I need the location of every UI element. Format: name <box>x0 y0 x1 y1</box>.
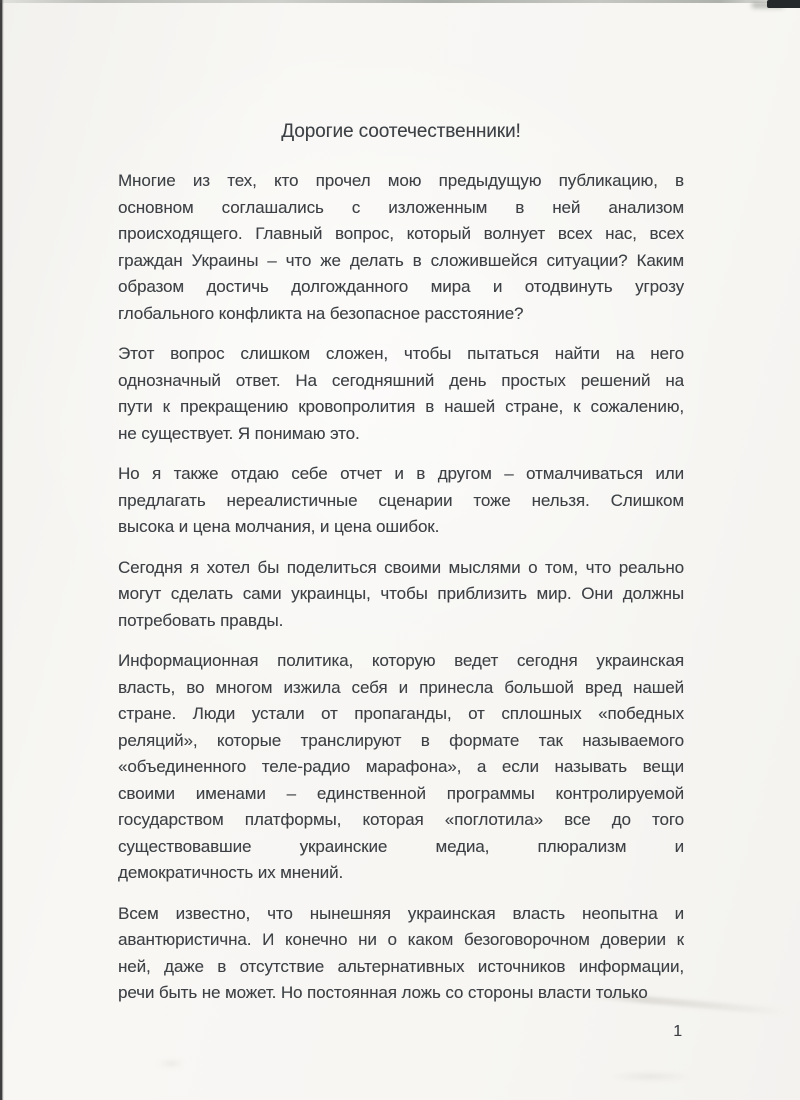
text-line: происходящего. Главный вопрос, который в… <box>118 221 684 248</box>
scan-smudge <box>158 1060 184 1067</box>
text-line: существовавшие украинские медиа, плюрали… <box>118 834 684 861</box>
text-line: своими именами – единственной программы … <box>118 781 684 808</box>
text-line: пути к прекращению кровопролития в нашей… <box>118 394 684 421</box>
text-line: потребовать правды. <box>118 608 684 635</box>
text-line: основном соглашались с изложенным в ней … <box>118 195 684 222</box>
text-line: «объединенного теле-радио марафона», а е… <box>118 754 684 781</box>
text-line: стране. Люди устали от пропаганды, от сп… <box>118 701 684 728</box>
paragraph: Информационная политика, которую ведет с… <box>118 648 684 887</box>
text-line: Сегодня я хотел бы поделиться своими мыс… <box>118 555 684 582</box>
text-line: власть, во многом изжила себя и принесла… <box>118 675 684 702</box>
text-line: речи быть не может. Но постоянная ложь с… <box>118 980 684 1007</box>
paragraph: Этот вопрос слишком сложен, чтобы пытать… <box>118 341 684 447</box>
text-line: государством платформы, которая «поглоти… <box>118 807 684 834</box>
text-line: ней, даже в отсутствие альтернативных ис… <box>118 954 684 981</box>
text-line: демократичность их мнений. <box>118 860 684 887</box>
paragraph: Многие из тех, кто прочел мою предыдущую… <box>118 168 684 327</box>
text-line: Но я также отдаю себе отчет и в другом –… <box>118 461 684 488</box>
text-line: могут сделать сами украинцы, чтобы прибл… <box>118 581 684 608</box>
paragraph: Всем известно, что нынешняя украинская в… <box>118 901 684 1007</box>
paragraph: Сегодня я хотел бы поделиться своими мыс… <box>118 555 684 635</box>
letter-body: Дорогие соотечественники! Многие из тех,… <box>118 118 684 1043</box>
text-line: Всем известно, что нынешняя украинская в… <box>118 901 684 928</box>
paragraph: Но я также отдаю себе отчет и в другом –… <box>118 461 684 541</box>
text-line: граждан Украины – что же делать в сложив… <box>118 248 684 275</box>
text-line: не существует. Я понимаю это. <box>118 421 684 448</box>
text-line: однозначный ответ. На сегодняшний день п… <box>118 368 684 395</box>
corner-scan-mark <box>767 0 800 8</box>
text-line: высока и цена молчания, и цена ошибок. <box>118 514 684 541</box>
text-line: Многие из тех, кто прочел мою предыдущую… <box>118 168 684 195</box>
top-edge-shadow <box>0 0 800 3</box>
page-title: Дорогие соотечественники! <box>118 118 684 145</box>
text-line: реляций», которые транслируют в формате … <box>118 728 684 755</box>
text-line: Информационная политика, которую ведет с… <box>118 648 684 675</box>
text-line: образом достичь долгожданного мира и ото… <box>118 274 684 301</box>
text-line: предлагать нереалистичные сценарии тоже … <box>118 488 684 515</box>
text-line: Этот вопрос слишком сложен, чтобы пытать… <box>118 341 684 368</box>
left-edge-shadow <box>0 0 4 1100</box>
scan-smudge <box>608 1072 693 1081</box>
text-line: авантюристична. И конечно ни о каком без… <box>118 927 684 954</box>
page-number: 1 <box>118 1021 684 1043</box>
paragraphs: Многие из тех, кто прочел мою предыдущую… <box>118 168 684 1007</box>
text-line: глобального конфликта на безопасное расс… <box>118 301 684 328</box>
